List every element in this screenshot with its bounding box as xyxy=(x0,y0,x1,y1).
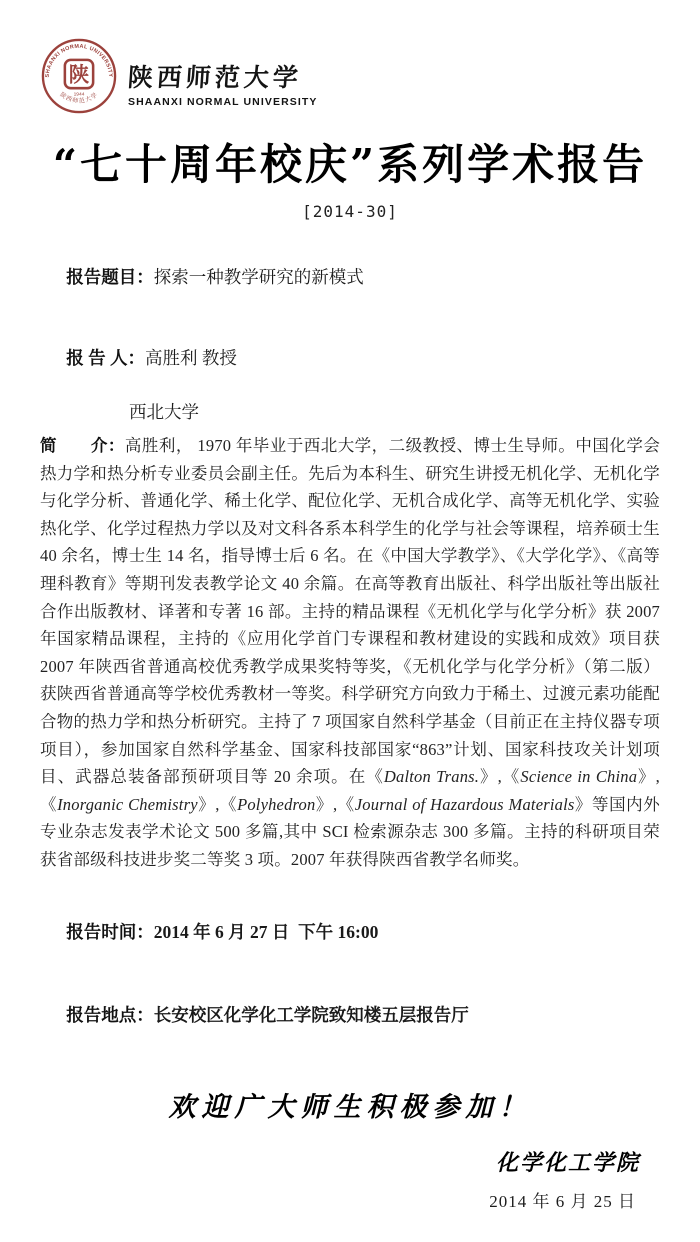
report-speaker-row: 报 告 人：高胜利 教授 xyxy=(40,318,660,399)
seal-center-char: 陕 xyxy=(69,62,90,86)
report-venue-row: 报告地点：长安校区化学化工学院致知楼五层报告厅 xyxy=(40,974,660,1057)
schedule-block: 报告时间：2014 年 6 月 27 日 下午 16:00 报告地点：长安校区化… xyxy=(40,892,660,1057)
report-time-label: 报告时间： xyxy=(66,922,154,942)
report-venue: 长安校区化学化工学院致知楼五层报告厅 xyxy=(154,1005,469,1025)
report-time: 2014 年 6 月 27 日 下午 16:00 xyxy=(154,922,379,942)
university-seal-icon: SHAANXI NORMAL UNIVERSITY 陕西师范大学 陕 1944 xyxy=(40,37,118,115)
page-title: “七十周年校庆”系列学术报告 xyxy=(40,132,660,192)
bio-label: 简 介： xyxy=(40,436,125,455)
organizer-name: 化学化工学院 xyxy=(40,1146,646,1177)
seal-year: 1944 xyxy=(74,92,85,98)
report-topic: 探索一种教学研究的新模式 xyxy=(154,267,364,287)
signature-date: 2014 年 6 月 25 日 xyxy=(40,1187,646,1212)
university-name-cn: 陕西师范大学 xyxy=(127,58,319,94)
university-header: SHAANXI NORMAL UNIVERSITY 陕西师范大学 陕 1944 … xyxy=(40,36,660,116)
university-name-en: SHAANXI NORMAL UNIVERSITY xyxy=(128,96,318,108)
report-topic-row: 报告题目：探索一种教学研究的新模式 xyxy=(40,237,660,318)
speaker-bio: 简 介：高胜利， 1970 年毕业于西北大学，二级教授、博士生导师。中国化学会热… xyxy=(40,432,660,874)
report-venue-label: 报告地点： xyxy=(66,1005,154,1025)
announcement-page: SHAANXI NORMAL UNIVERSITY 陕西师范大学 陕 1944 … xyxy=(0,0,700,1242)
bio-text: 高胜利， 1970 年毕业于西北大学，二级教授、博士生导师。中国化学会热力学和热… xyxy=(40,436,660,869)
report-time-row: 报告时间：2014 年 6 月 27 日 下午 16:00 xyxy=(40,892,660,975)
welcome-line: 欢迎广大师生积极参加！ xyxy=(40,1085,660,1124)
report-speaker: 高胜利 教授 xyxy=(145,348,237,368)
report-speaker-label: 报 告 人： xyxy=(66,348,145,368)
university-name-block: 陕西师范大学 SHAANXI NORMAL UNIVERSITY xyxy=(128,44,318,108)
speaker-affiliation: 西北大学 xyxy=(40,399,660,426)
report-topic-label: 报告题目： xyxy=(66,267,154,287)
serial-number: [2014-30] xyxy=(40,202,660,221)
report-info: 报告题目：探索一种教学研究的新模式 报 告 人：高胜利 教授 西北大学 xyxy=(40,237,660,426)
signature-block: 化学化工学院 2014 年 6 月 25 日 xyxy=(40,1146,660,1212)
